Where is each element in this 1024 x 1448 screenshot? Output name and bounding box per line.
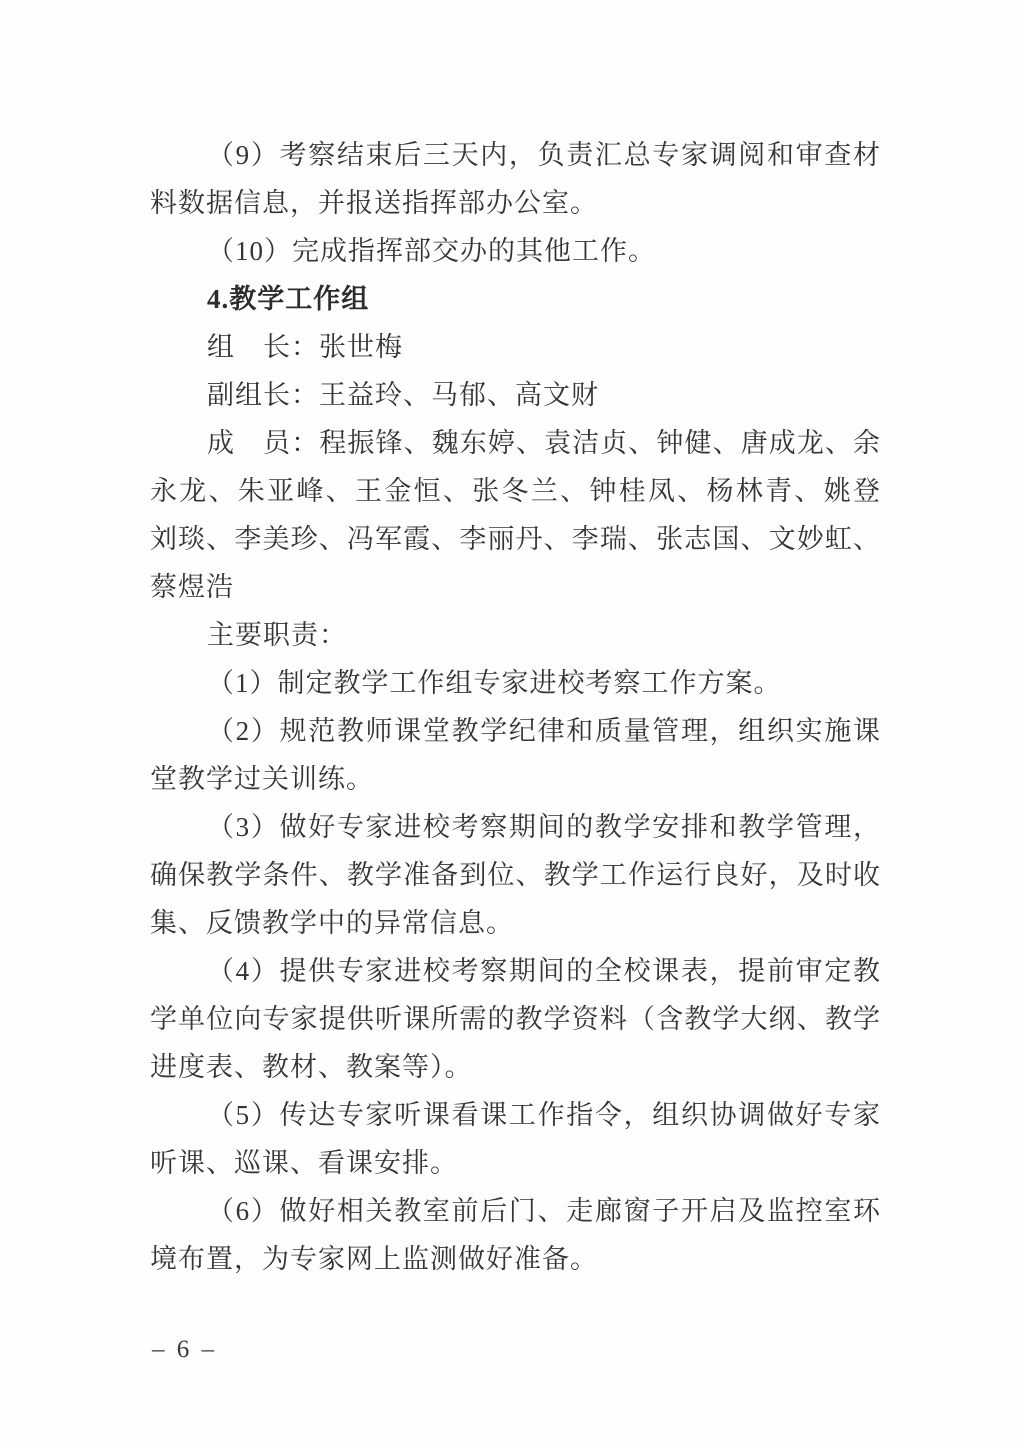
text-line-duty-4-end: 进度表、教材、教案等）。 [150, 1043, 881, 1091]
text-line-duty-5-start: （5）传达专家听课看课工作指令，组织协调做好专家 [150, 1091, 881, 1139]
text-line-duty-3-mid: 确保教学条件、教学准备到位、教学工作运行良好，及时收 [150, 851, 881, 899]
text-line-duty-5-end: 听课、巡课、看课安排。 [150, 1139, 881, 1187]
text-line-duty-2-start: （2）规范教师课堂教学纪律和质量管理，组织实施课 [150, 707, 881, 755]
text-line-members-1: 成 员：程振锋、魏东婷、袁洁贞、钟健、唐成龙、余 [150, 419, 881, 467]
document-page: （9）考察结束后三天内，负责汇总专家调阅和审查材 料数据信息，并报送指挥部办公室… [0, 0, 1024, 1448]
text-line-duty-4-mid: 学单位向专家提供听课所需的教学资料（含教学大纲、教学 [150, 995, 881, 1043]
text-line-members-4: 蔡煜浩 [150, 563, 881, 611]
text-line-members-3: 刘琰、李美珍、冯军霞、李丽丹、李瑞、张志国、文妙虹、 [150, 515, 881, 563]
text-line-duty-6-end: 境布置，为专家网上监测做好准备。 [150, 1235, 881, 1283]
document-body: （9）考察结束后三天内，负责汇总专家调阅和审查材 料数据信息，并报送指挥部办公室… [150, 131, 881, 1283]
text-line-duty-2-end: 堂教学过关训练。 [150, 755, 881, 803]
section-heading-teaching-group: 4.教学工作组 [150, 275, 881, 323]
text-line-duties-label: 主要职责： [150, 611, 881, 659]
text-line-members-2: 永龙、朱亚峰、王金恒、张冬兰、钟桂凤、杨林青、姚登凯、 [150, 467, 881, 515]
text-line-item-9-end: 料数据信息，并报送指挥部办公室。 [150, 179, 881, 227]
text-line-item-10: （10）完成指挥部交办的其他工作。 [150, 227, 881, 275]
page-number: – 6 – [152, 1336, 217, 1364]
text-line-item-9-start: （9）考察结束后三天内，负责汇总专家调阅和审查材 [150, 131, 881, 179]
text-line-duty-1: （1）制定教学工作组专家进校考察工作方案。 [150, 659, 881, 707]
text-line-duty-3-end: 集、反馈教学中的异常信息。 [150, 899, 881, 947]
text-line-duty-4-start: （4）提供专家进校考察期间的全校课表，提前审定教 [150, 947, 881, 995]
text-line-deputy-leaders: 副组长：王益玲、马郁、高文财 [150, 371, 881, 419]
text-line-leader: 组 长：张世梅 [150, 323, 881, 371]
text-line-duty-3-start: （3）做好专家进校考察期间的教学安排和教学管理， [150, 803, 881, 851]
text-line-duty-6-start: （6）做好相关教室前后门、走廊窗子开启及监控室环 [150, 1187, 881, 1235]
